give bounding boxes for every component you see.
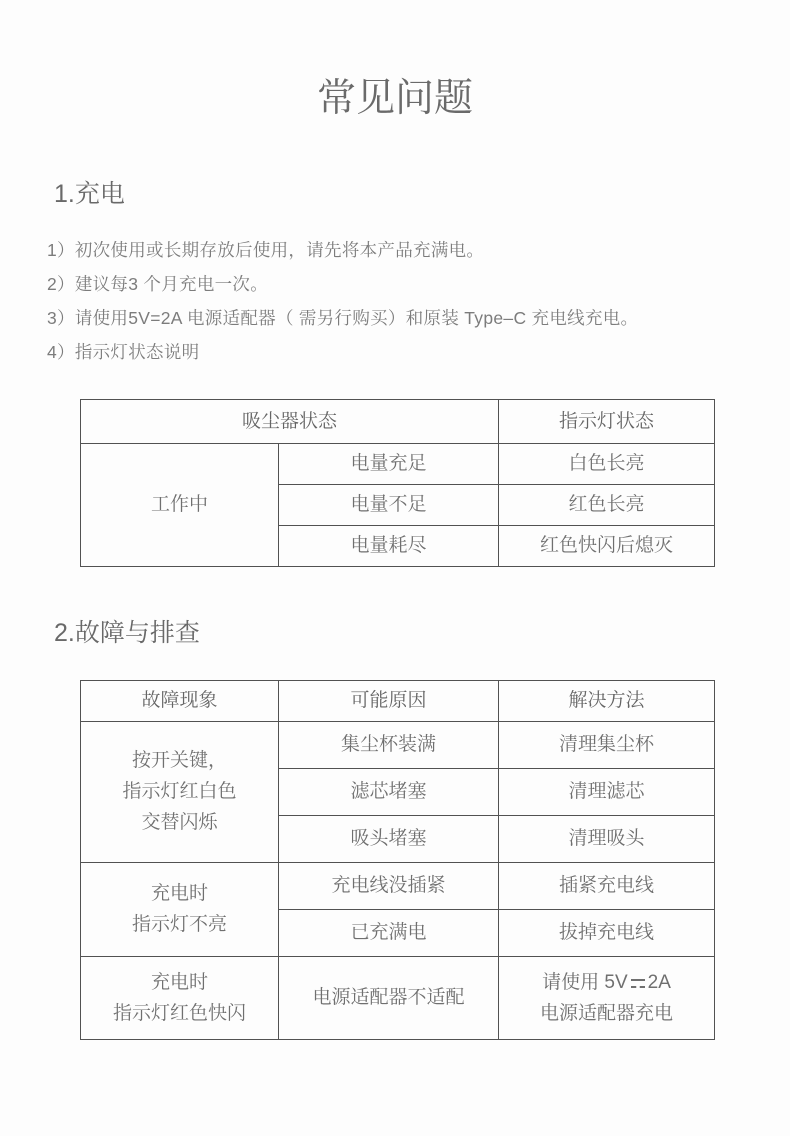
table-row: 充电时 指示灯红色快闪 电源适配器不适配 请使用 5V2A电源适配器充电 bbox=[81, 956, 715, 1039]
fault-phenomenon-cell: 充电时 指示灯不亮 bbox=[81, 862, 279, 956]
battery-state-cell: 电量耗尽 bbox=[279, 525, 499, 566]
light-state-cell: 红色长亮 bbox=[499, 484, 715, 525]
fault-solution-cell: 请使用 5V2A电源适配器充电 bbox=[499, 956, 715, 1039]
light-state-cell: 白色长亮 bbox=[499, 443, 715, 484]
fault-phenomenon-cell: 按开关键， 指示灯红白色 交替闪烁 bbox=[81, 721, 279, 862]
fault-troubleshooting-table: 故障现象 可能原因 解决方法 按开关键， 指示灯红白色 交替闪烁 集尘杯装满 清… bbox=[80, 680, 715, 1040]
charging-notes-list: 1）初次使用或长期存放后使用，请先将本产品充满电。 2）建议每3 个月充电一次。… bbox=[47, 233, 790, 369]
battery-state-cell: 电量不足 bbox=[279, 484, 499, 525]
cause-header: 可能原因 bbox=[279, 680, 499, 721]
fault-cause-cell: 集尘杯装满 bbox=[279, 721, 499, 768]
fault-header: 故障现象 bbox=[81, 680, 279, 721]
fault-cause-cell: 滤芯堵塞 bbox=[279, 768, 499, 815]
fault-solution-cell: 清理集尘杯 bbox=[499, 721, 715, 768]
fault-solution-cell: 清理吸头 bbox=[499, 815, 715, 862]
charging-note-4: 4）指示灯状态说明 bbox=[47, 335, 790, 369]
fault-solution-cell: 清理滤芯 bbox=[499, 768, 715, 815]
faq-manual-page: 常见问题 1.充电 1）初次使用或长期存放后使用，请先将本产品充满电。 2）建议… bbox=[0, 0, 790, 1136]
battery-state-cell: 电量充足 bbox=[279, 443, 499, 484]
section-charging: 1.充电 1）初次使用或长期存放后使用，请先将本产品充满电。 2）建议每3 个月… bbox=[0, 179, 790, 567]
indicator-status-table: 吸尘器状态 指示灯状态 工作中 电量充足 白色长亮 电量不足 红色长亮 电量耗尽… bbox=[80, 399, 715, 567]
solution-header: 解决方法 bbox=[499, 680, 715, 721]
light-state-cell: 红色快闪后熄灭 bbox=[499, 525, 715, 566]
fault-cause-cell: 电源适配器不适配 bbox=[279, 956, 499, 1039]
page-title: 常见问题 bbox=[0, 0, 790, 123]
fault-cause-cell: 充电线没插紧 bbox=[279, 862, 499, 909]
charging-note-2: 2）建议每3 个月充电一次。 bbox=[47, 267, 790, 301]
fault-solution-cell: 插紧充电线 bbox=[499, 862, 715, 909]
indicator-state-header: 指示灯状态 bbox=[499, 399, 715, 443]
charging-section-heading: 1.充电 bbox=[54, 179, 790, 209]
charging-note-3: 3）请使用5V=2A 电源适配器（ 需另行购买）和原装 Type–C 充电线充电… bbox=[47, 301, 790, 335]
table-row: 充电时 指示灯不亮 充电线没插紧 插紧充电线 bbox=[81, 862, 715, 909]
charging-note-1: 1）初次使用或长期存放后使用，请先将本产品充满电。 bbox=[47, 233, 790, 267]
fault-phenomenon-cell: 充电时 指示灯红色快闪 bbox=[81, 956, 279, 1039]
fault-cause-cell: 吸头堵塞 bbox=[279, 815, 499, 862]
fault-table-header-row: 故障现象 可能原因 解决方法 bbox=[81, 680, 715, 721]
troubleshooting-section-heading: 2.故障与排查 bbox=[54, 618, 790, 648]
section-troubleshooting: 2.故障与排查 故障现象 可能原因 解决方法 按开关键， 指示灯红白色 交替闪烁… bbox=[0, 618, 790, 1040]
table-row: 工作中 电量充足 白色长亮 bbox=[81, 443, 715, 484]
fault-cause-cell: 已充满电 bbox=[279, 909, 499, 956]
working-state-cell: 工作中 bbox=[81, 443, 279, 566]
fault-solution-cell: 拔掉充电线 bbox=[499, 909, 715, 956]
vacuum-state-header: 吸尘器状态 bbox=[81, 399, 499, 443]
table-row: 按开关键， 指示灯红白色 交替闪烁 集尘杯装满 清理集尘杯 bbox=[81, 721, 715, 768]
indicator-table-header-row: 吸尘器状态 指示灯状态 bbox=[81, 399, 715, 443]
dc-current-symbol bbox=[630, 978, 646, 989]
